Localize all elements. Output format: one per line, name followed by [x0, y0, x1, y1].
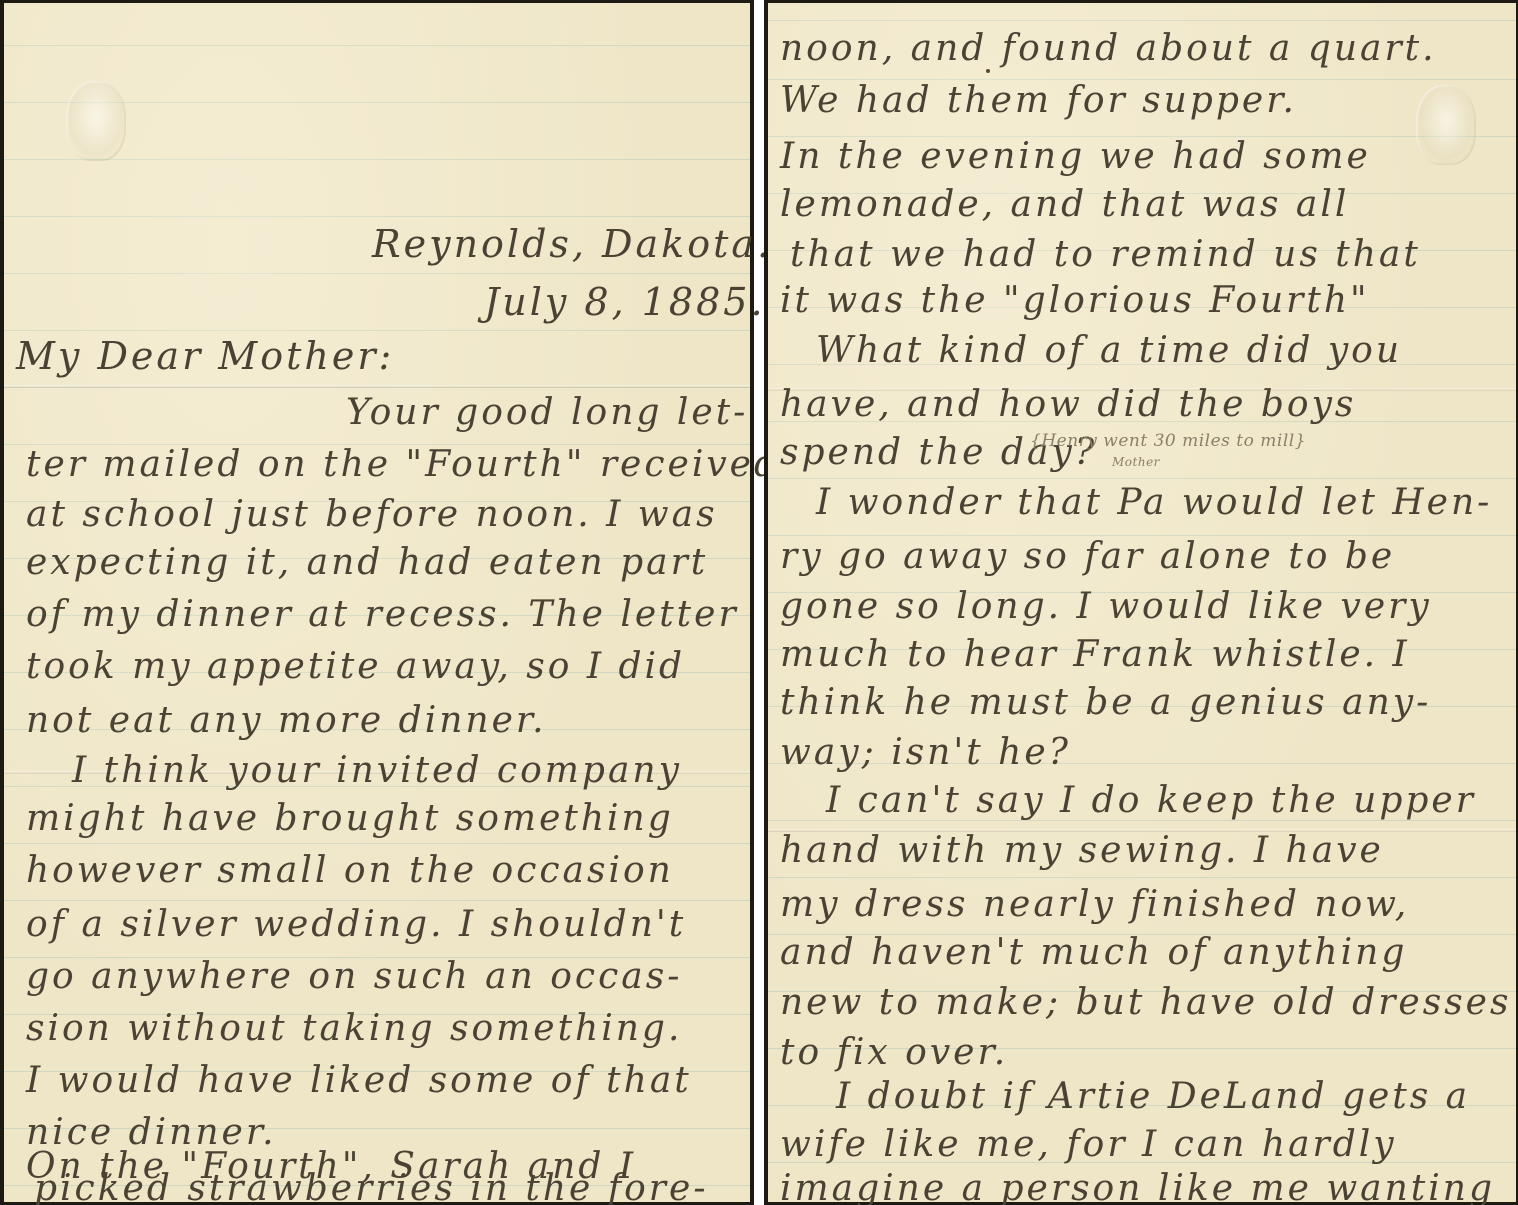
letter-line: I can't say I do keep the upper	[826, 783, 1476, 819]
letter-line: sion without taking something.	[26, 1011, 682, 1047]
letter-line: of my dinner at recess. The letter	[26, 597, 739, 633]
letter-line: way; isn't he?	[780, 735, 1071, 771]
letter-line: I think your invited company	[72, 753, 682, 789]
letter-place: Reynolds, Dakota.	[372, 225, 772, 263]
letter-line: took my appetite away, so I did	[26, 649, 685, 685]
letter-line: In the evening we had some	[780, 139, 1371, 175]
letter-line: at school just before noon. I was	[26, 497, 718, 533]
paper-fold-crease	[4, 385, 750, 388]
letter-line: lemonade, and that was all	[780, 187, 1349, 223]
letter-line: I would have liked some of that	[26, 1063, 692, 1099]
letter-line: it was the "glorious Fourth"	[780, 283, 1370, 319]
margin-note: {Henry went 30 miles to mill}	[1030, 431, 1306, 451]
letter-line: think he must be a genius any-	[780, 685, 1431, 721]
letter-date: July 8, 1885.	[484, 283, 766, 321]
letter-line: noon, and found about a quart.	[780, 31, 1437, 67]
letter-line: to fix over.	[780, 1035, 1008, 1071]
letter-line: We had them for supper.	[780, 83, 1297, 119]
scanned-letter-spread: Reynolds, Dakota. July 8, 1885. My Dear …	[0, 0, 1518, 1205]
letter-line: might have brought something	[26, 801, 674, 837]
letter-line: however small on the occasion	[26, 853, 674, 889]
letter-line: ry go away so far alone to be	[780, 539, 1395, 575]
letter-salutation: My Dear Mother:	[16, 337, 394, 375]
letter-line: new to make; but have old dresses	[780, 985, 1511, 1021]
letter-line: What kind of a time did you	[816, 333, 1402, 369]
letter-line: Your good long let-	[346, 395, 748, 431]
letter-line: not eat any more dinner.	[26, 703, 547, 739]
letter-line: go anywhere on such an occas-	[26, 959, 682, 995]
letter-line: that we had to remind us that	[790, 237, 1421, 273]
letter-page-right: noon, and found about a quart. We had th…	[764, 0, 1518, 1205]
letter-line: ter mailed on the "Fourth" received	[26, 447, 780, 483]
letter-line: picked strawberries in the fore-	[34, 1171, 708, 1205]
letter-line: I wonder that Pa would let Hen-	[816, 485, 1492, 521]
letter-line: have, and how did the boys	[780, 387, 1356, 423]
letter-line: imagine a person like me wanting	[780, 1171, 1495, 1205]
ink-speck	[986, 69, 990, 73]
letter-line: and haven't much of anything	[780, 935, 1407, 971]
letter-line: hand with my sewing. I have	[780, 833, 1384, 869]
letter-page-left: Reynolds, Dakota. July 8, 1885. My Dear …	[0, 0, 754, 1205]
letter-line: of a silver wedding. I shouldn't	[26, 907, 686, 943]
interlinear-correction: Mother	[1112, 455, 1160, 469]
letter-line: wife like me, for I can hardly	[780, 1127, 1397, 1163]
letter-line: expecting it, and had eaten part	[26, 545, 708, 581]
letter-line: my dress nearly finished now,	[780, 887, 1409, 923]
letter-line: I doubt if Artie DeLand gets a	[836, 1079, 1470, 1115]
embossed-crest-icon	[1416, 85, 1476, 165]
embossed-crest-icon	[66, 81, 126, 161]
letter-line: gone so long. I would like very	[780, 589, 1432, 625]
letter-line: much to hear Frank whistle. I	[780, 637, 1410, 673]
